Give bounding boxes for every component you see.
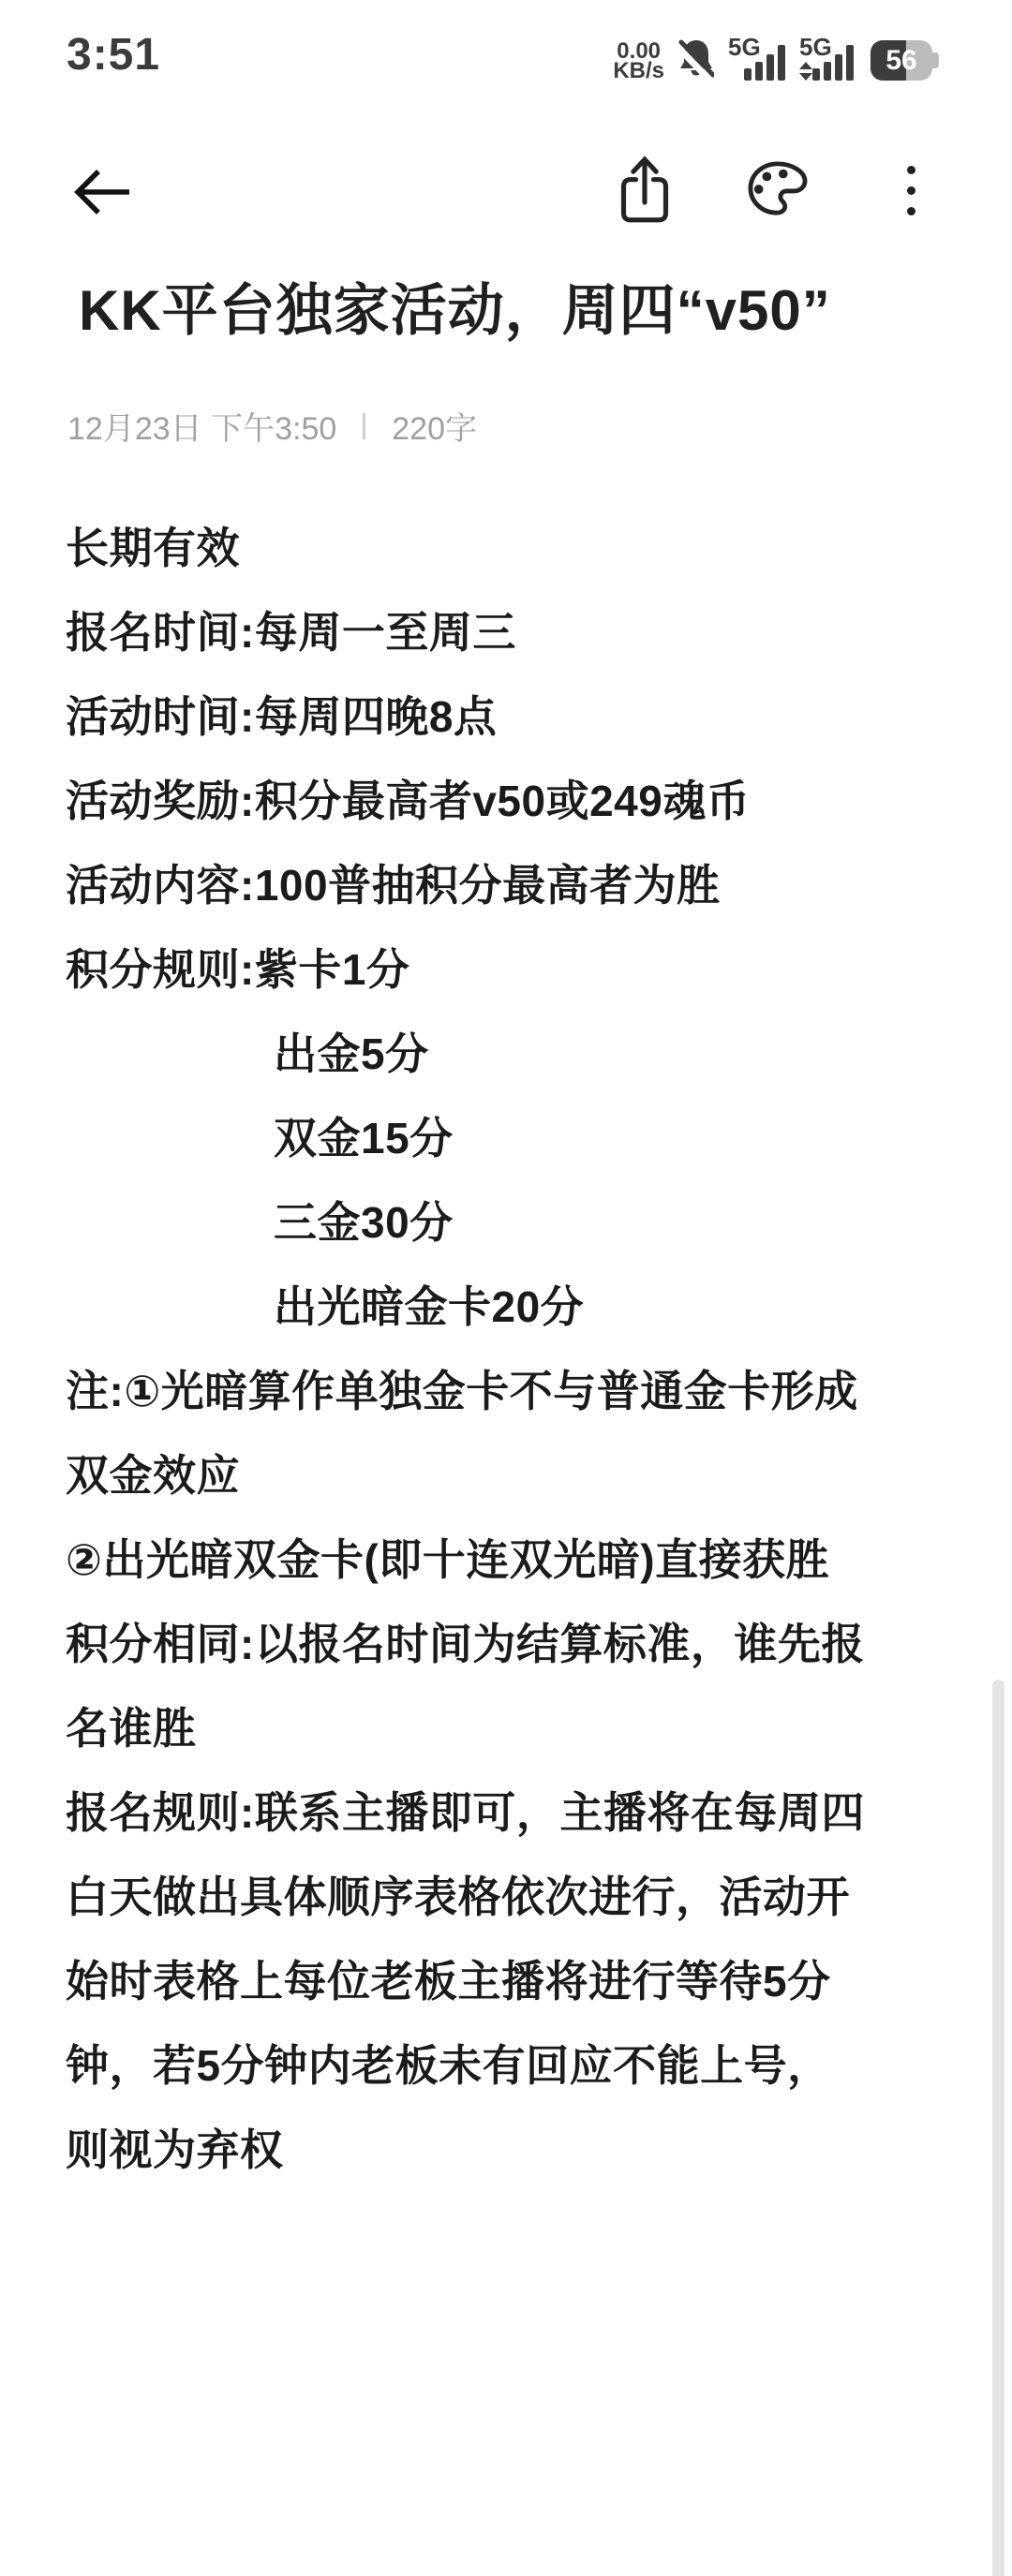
note-text-line[interactable]: 出金5分 [66, 1012, 975, 1096]
palette-icon [746, 160, 810, 221]
note-body[interactable]: 长期有效报名时间:每周一至周三活动时间:每周四晚8点活动奖励:积分最高者v50或… [0, 506, 1012, 2192]
network-speed-indicator: 0.00 KB/s [613, 41, 664, 81]
meta-divider [363, 413, 365, 439]
note-text-line[interactable]: 活动时间:每周四晚8点 [66, 674, 975, 759]
note-text-line[interactable]: 则视为弃权 [66, 2108, 975, 2192]
note-text-line[interactable]: 活动奖励:积分最高者v50或249魂币 [66, 759, 975, 843]
note-text-line[interactable]: 活动内容:100普抽积分最高者为胜 [66, 843, 975, 927]
note-text-line[interactable]: 双金15分 [66, 1096, 975, 1180]
mute-bell-slash-icon [678, 37, 714, 81]
sim2-signal-bars-icon [812, 45, 856, 81]
note-date: 12月23日 下午3:50 [67, 403, 336, 449]
scrollbar-thumb[interactable] [992, 1680, 1005, 2576]
note-text-line[interactable]: 双金效应 [66, 1433, 975, 1517]
note-text-line[interactable]: 积分相同:以报名时间为结算标准，谁先报 [66, 1602, 975, 1686]
sim1-signal-bars-icon [744, 45, 785, 81]
note-word-count: 220字 [392, 403, 477, 449]
battery-nub [932, 52, 939, 68]
network-speed-unit: KB/s [613, 61, 664, 81]
kebab-menu-icon [907, 166, 915, 215]
note-text-line[interactable]: 报名规则:联系主播即可，主播将在每周四 [66, 1770, 975, 1855]
note-text-line[interactable]: 钟，若5分钟内老板未有回应不能上号， [66, 2023, 975, 2108]
share-button[interactable] [603, 149, 686, 231]
nav-actions [603, 149, 952, 231]
share-icon [617, 153, 673, 229]
status-clock: 3:51 [67, 32, 160, 79]
signal-sim2: 5G [799, 37, 856, 81]
note-text-line[interactable]: 注:①光暗算作单独金卡不与普通金卡形成 [66, 1349, 975, 1433]
theme-button[interactable] [737, 149, 819, 231]
note-text-line[interactable]: 白天做出具体顺序表格依次进行，活动开 [66, 1855, 975, 1939]
data-activity-arrows-icon [799, 62, 812, 81]
back-button[interactable] [66, 163, 141, 223]
note-text-line[interactable]: 始时表格上每位老板主播将进行等待5分 [66, 1939, 975, 2023]
note-meta: 12月23日 下午3:50 220字 [67, 403, 477, 449]
notes-app-screen: 3:51 0.00 KB/s 5G 5G [0, 0, 1012, 2576]
note-text-line[interactable]: 积分规则:紫卡1分 [66, 927, 975, 1012]
status-bar: 3:51 0.00 KB/s 5G 5G [0, 0, 1012, 94]
status-icons-cluster: 0.00 KB/s 5G 5G [613, 37, 939, 81]
signal-sim1: 5G [728, 37, 785, 81]
note-text-line[interactable]: 报名时间:每周一至周三 [66, 590, 975, 674]
note-text-line[interactable]: ②出光暗双金卡(即十连双光暗)直接获胜 [66, 1517, 975, 1602]
note-text-line[interactable]: 三金30分 [66, 1180, 975, 1265]
more-options-button[interactable] [870, 149, 952, 231]
note-text-line[interactable]: 名谁胜 [66, 1686, 975, 1770]
battery-indicator: 56 [871, 40, 939, 81]
note-text-line[interactable]: 长期有效 [66, 506, 975, 590]
note-text-line[interactable]: 出光暗金卡20分 [66, 1265, 975, 1349]
note-title[interactable]: KK平台独家活动，周四“v50” [79, 274, 831, 348]
back-arrow-icon [73, 204, 133, 218]
battery-percent: 56 [871, 40, 932, 81]
